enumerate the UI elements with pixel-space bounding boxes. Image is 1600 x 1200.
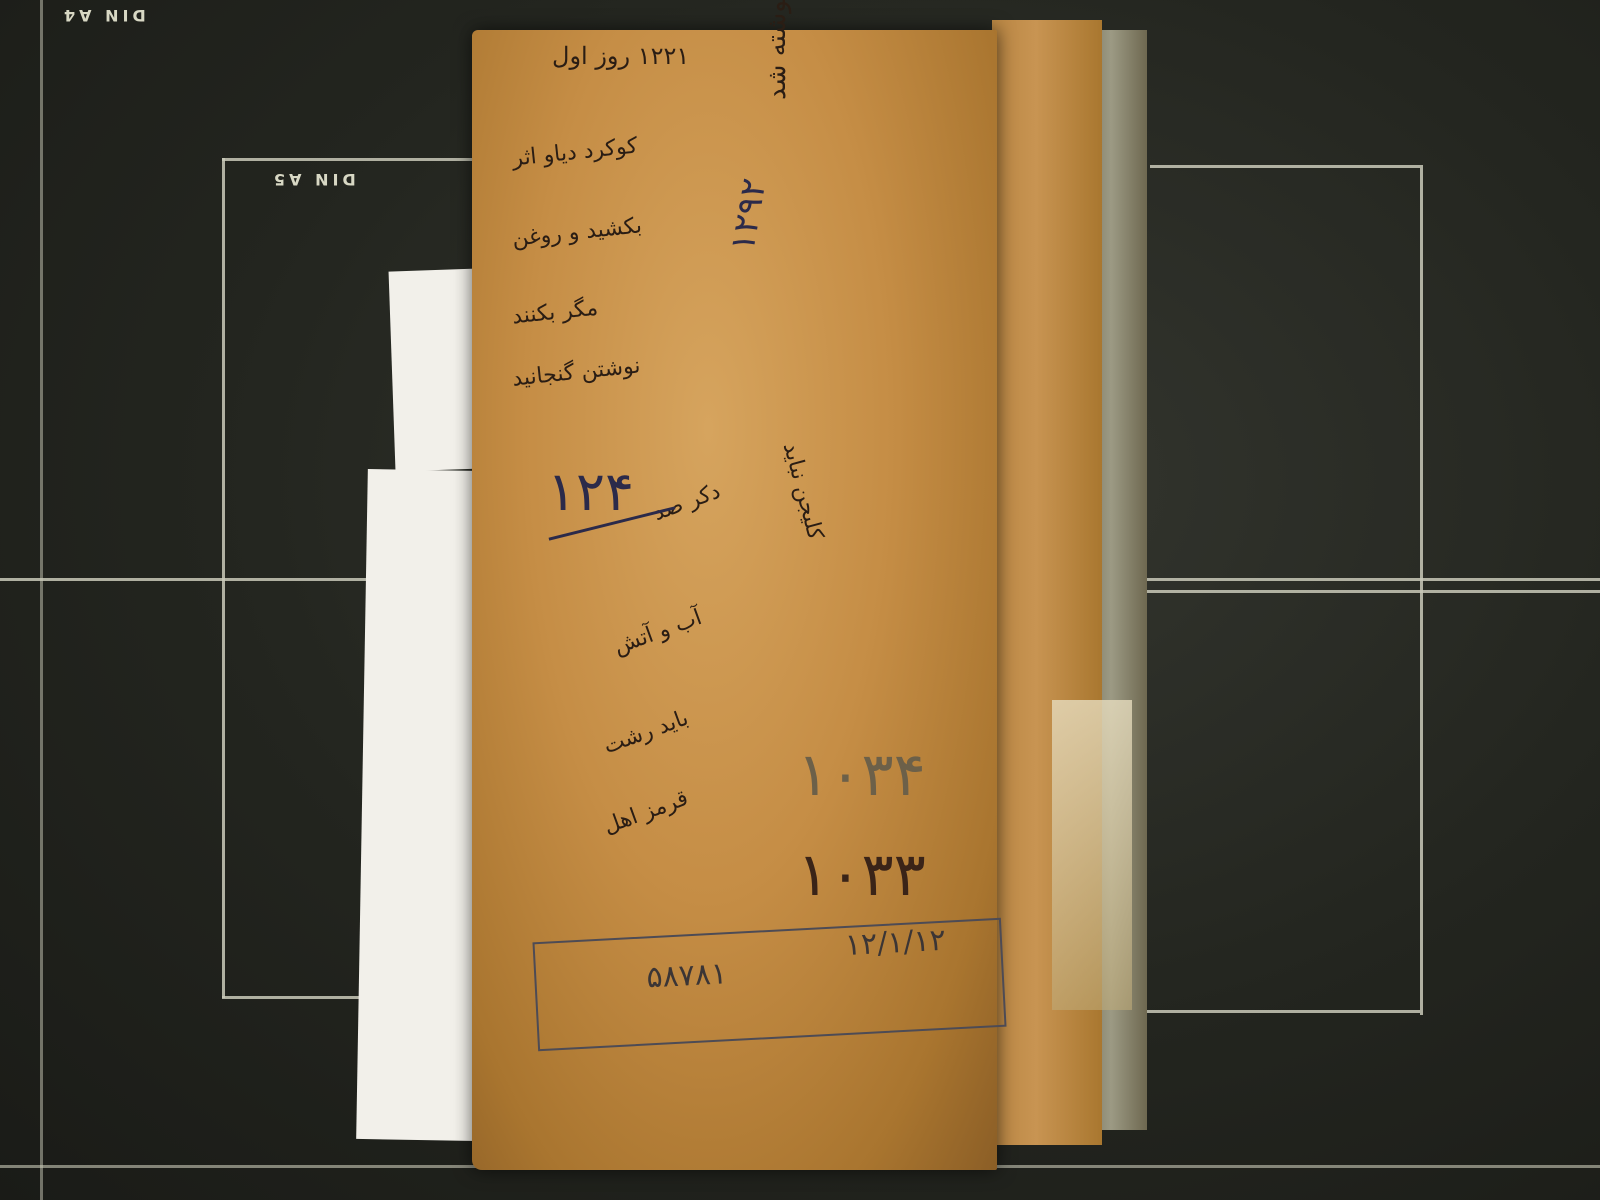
mat-label-a5: DIN A5 (270, 170, 356, 189)
top-note: ۱۲۲۱ روز اول (552, 42, 689, 70)
repair-tape (1052, 700, 1132, 1010)
stamp-date: ۱۲/۱/۱۲ (844, 923, 946, 963)
loose-paper-sheet (356, 469, 488, 1141)
mat-gridline (222, 158, 472, 161)
loose-paper-sheet (389, 268, 486, 471)
script-line: تاریخ نوشته شد (762, 0, 792, 100)
catalog-number: ۱۲۴ (547, 460, 634, 523)
mat-gridline (1135, 590, 1600, 593)
pencil-number: ۱۰۳۴ (797, 740, 926, 810)
ink-number: ۱۰۳۳ (797, 840, 926, 910)
mat-label-a4: DIN A4 (60, 6, 146, 25)
mat-gridline (222, 158, 225, 998)
mat-gridline (1420, 165, 1423, 1015)
mat-gridline (1130, 1010, 1420, 1013)
mat-gridline (1150, 165, 1420, 168)
mat-gridline (40, 0, 43, 1200)
stamp-number: ۵۸۷۸۱ (646, 956, 728, 995)
